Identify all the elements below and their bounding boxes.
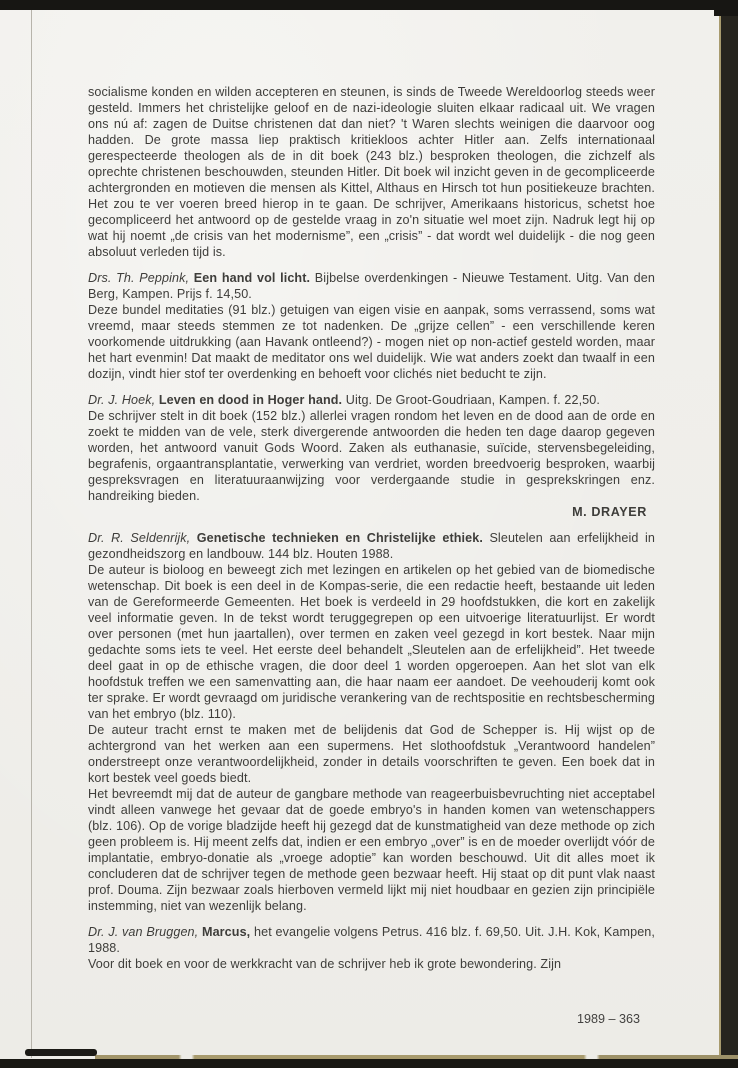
review-header: Dr. R. Seldenrijk, Genetische technieken… — [88, 530, 655, 562]
review-header: Dr. J. van Bruggen, Marcus, het evangeli… — [88, 924, 655, 956]
review-body-paragraph: De auteur tracht ernst te maken met de b… — [88, 722, 655, 786]
review-seldenrijk: Dr. R. Seldenrijk, Genetische technieken… — [88, 530, 655, 914]
page-text-column: socialisme konden en wilden accepteren e… — [88, 84, 655, 972]
page-number: 1989 – 363 — [88, 1012, 656, 1026]
scan-right-edge-corner — [714, 0, 738, 16]
scanned-page: socialisme konden en wilden accepteren e… — [0, 0, 738, 1068]
reviewer-signature: M. DRAYER — [88, 504, 655, 520]
review-body-paragraph: Deze bundel meditaties (91 blz.) getuige… — [88, 302, 655, 382]
review-body-paragraph: De schrijver stelt in dit boek (152 blz.… — [88, 408, 655, 504]
review-body-paragraph: Voor dit boek en voor de werkkracht van … — [88, 956, 655, 972]
review-body-paragraph: De auteur is bioloog en beweegt zich met… — [88, 562, 655, 722]
review-title: Een hand vol licht. — [194, 271, 310, 285]
scan-bottom-left-shadow — [25, 1049, 97, 1056]
review-peppink: Drs. Th. Peppink, Een hand vol licht. Bi… — [88, 270, 655, 382]
review-title: Marcus, — [202, 925, 250, 939]
intro-paragraph: socialisme konden en wilden accepteren e… — [88, 84, 655, 260]
review-header: Drs. Th. Peppink, Een hand vol licht. Bi… — [88, 270, 655, 302]
page-gutter-line — [31, 10, 32, 1058]
review-title: Genetische technieken en Christelijke et… — [197, 531, 483, 545]
review-title: Leven en dood in Hoger hand. — [159, 393, 342, 407]
review-author: Dr. R. Seldenrijk, — [88, 531, 190, 545]
review-author: Dr. J. van Bruggen, — [88, 925, 198, 939]
review-subtitle: Uitg. De Groot-Goudriaan, Kampen. f. 22,… — [346, 393, 600, 407]
review-header: Dr. J. Hoek, Leven en dood in Hoger hand… — [88, 392, 655, 408]
scan-right-edge — [719, 0, 738, 1068]
scan-bottom-edge — [0, 1059, 738, 1068]
review-hoek: Dr. J. Hoek, Leven en dood in Hoger hand… — [88, 392, 655, 520]
review-van-bruggen: Dr. J. van Bruggen, Marcus, het evangeli… — [88, 924, 655, 972]
review-author: Drs. Th. Peppink, — [88, 271, 189, 285]
scan-top-edge — [0, 0, 738, 10]
review-body-paragraph: Het bevreemdt mij dat de auteur de gangb… — [88, 786, 655, 914]
review-author: Dr. J. Hoek, — [88, 393, 155, 407]
